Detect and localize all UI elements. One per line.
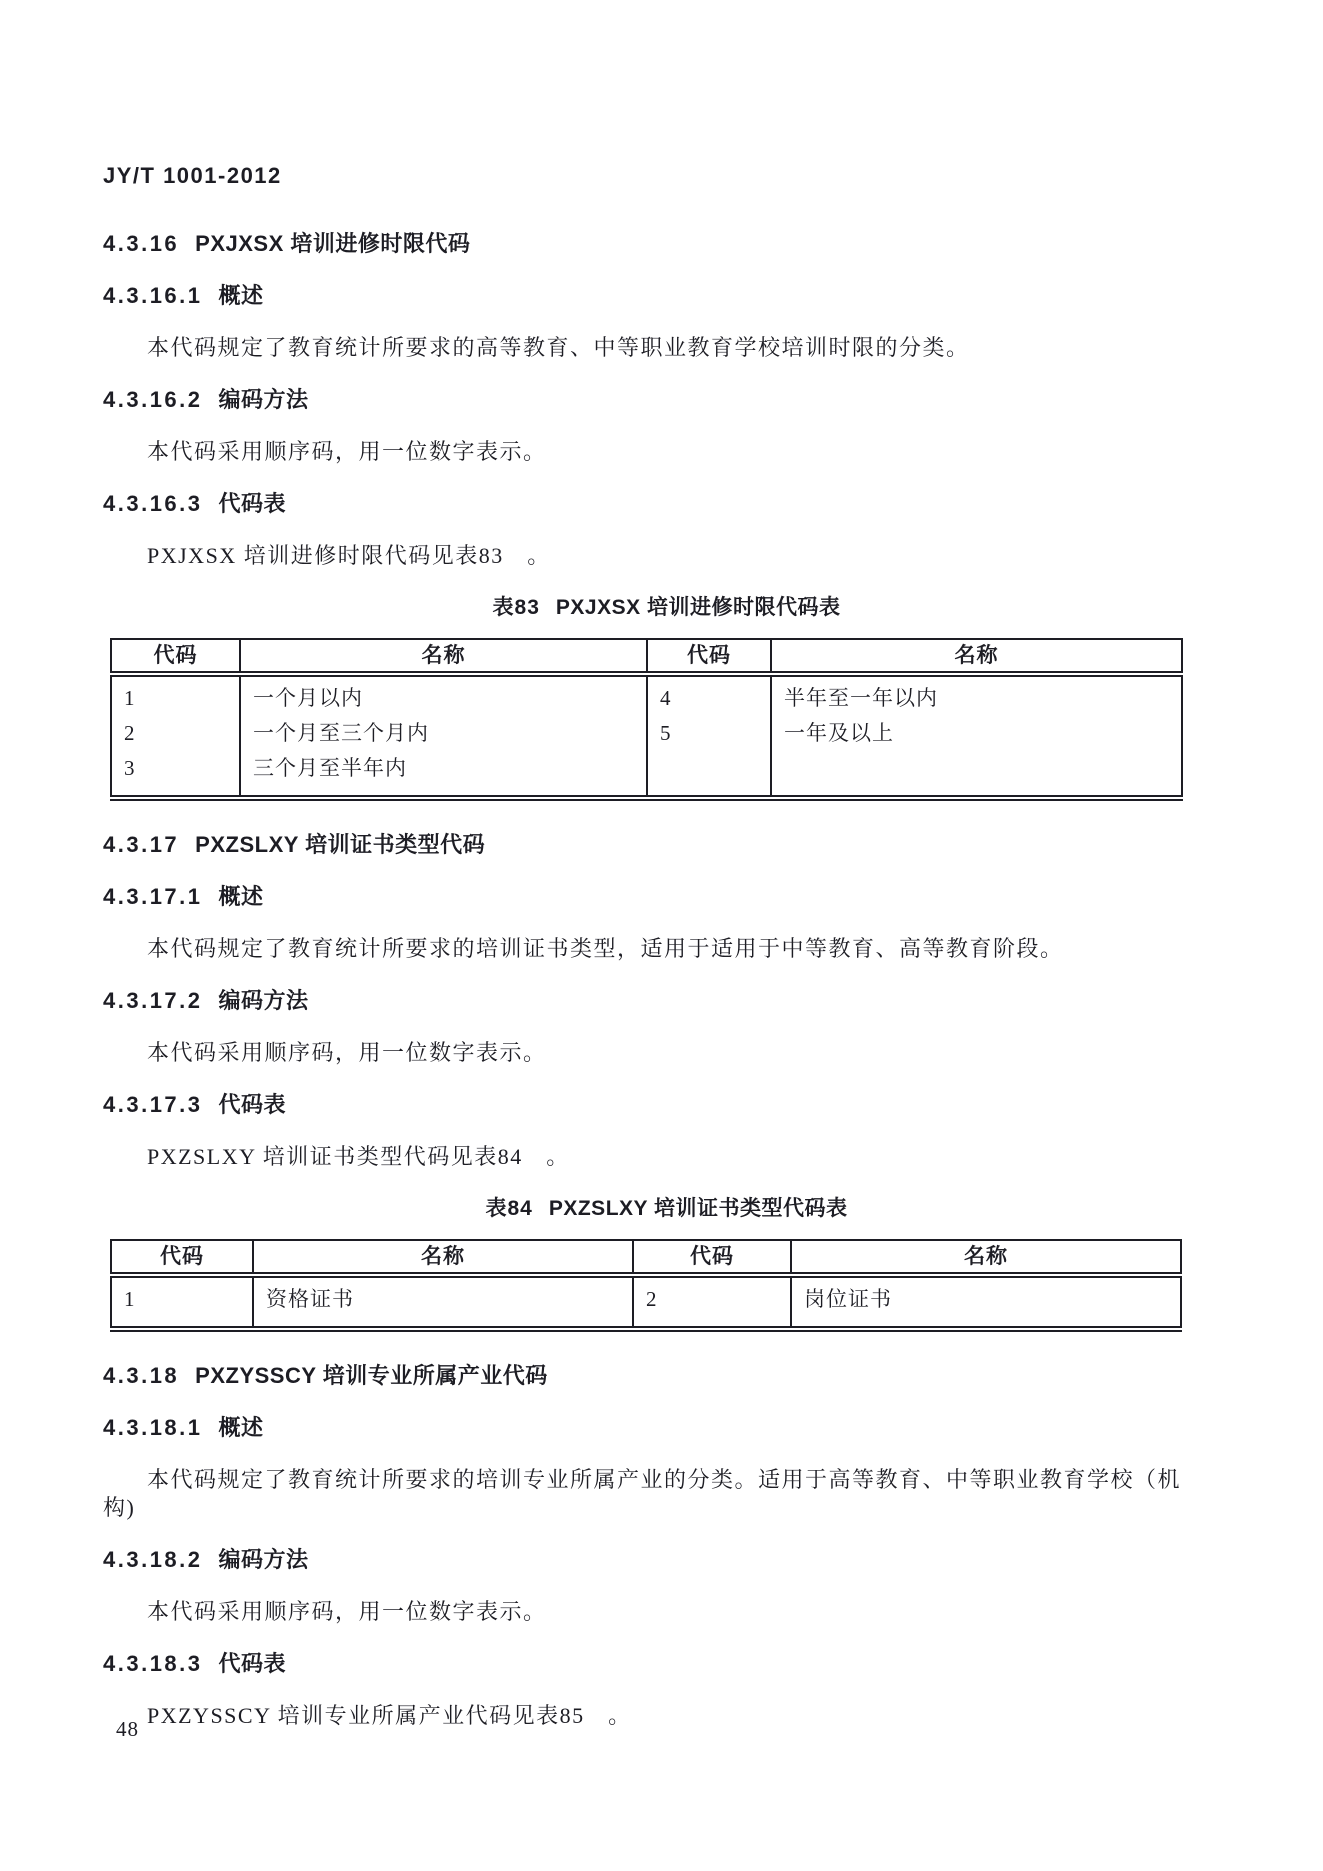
- paragraph-line: 本代码规定了教育统计所要求的培训专业所属产业的分类。适用于高等教育、中等职业教育…: [103, 1466, 1230, 1494]
- standard-code-header: JY/T 1001-2012: [103, 162, 1230, 190]
- heading-number: 4.3.16.1: [103, 283, 203, 308]
- paragraph-overview-16: 本代码规定了教育统计所要求的高等教育、中等职业教育学校培训时限的分类。: [103, 334, 1230, 362]
- heading-4-3-18-1: 4.3.18.1概述: [103, 1414, 1230, 1442]
- code-table-84: 代码 名称 代码 名称 1 资格证书 2 岗位证书: [110, 1239, 1182, 1332]
- name-cell: [771, 751, 1182, 798]
- heading-number: 4.3.17.3: [103, 1092, 203, 1117]
- table-row: 1 一个月以内 4 半年至一年以内: [111, 674, 1182, 716]
- heading-title: 代码表: [219, 1651, 287, 1676]
- heading-number: 4.3.16.2: [103, 387, 203, 412]
- table-caption-84: 表84PXZSLXY 培训证书类型代码表: [103, 1195, 1230, 1223]
- column-header-name: 名称: [253, 1240, 633, 1275]
- heading-number: 4.3.16: [103, 231, 179, 256]
- column-header-code: 代码: [633, 1240, 791, 1275]
- column-header-code: 代码: [647, 639, 771, 674]
- column-header-name: 名称: [771, 639, 1182, 674]
- column-header-code: 代码: [111, 1240, 253, 1275]
- code-cell: 3: [111, 751, 240, 798]
- document-page: JY/T 1001-2012 4.3.16PXJXSX 培训进修时限代码 4.3…: [0, 0, 1323, 1871]
- heading-4-3-18-3: 4.3.18.3代码表: [103, 1650, 1230, 1678]
- heading-number: 4.3.16.3: [103, 491, 203, 516]
- heading-4-3-17-3: 4.3.17.3代码表: [103, 1091, 1230, 1119]
- name-cell: 半年至一年以内: [771, 674, 1182, 716]
- paragraph-overview-18: 本代码规定了教育统计所要求的培训专业所属产业的分类。适用于高等教育、中等职业教育…: [103, 1466, 1230, 1522]
- heading-title: 编码方法: [219, 988, 309, 1013]
- paragraph-coding-method-18: 本代码采用顺序码，用一位数字表示。: [103, 1598, 1230, 1626]
- table-header-row: 代码 名称 代码 名称: [111, 639, 1182, 674]
- heading-4-3-18: 4.3.18PXZYSSCY 培训专业所属产业代码: [103, 1362, 1230, 1390]
- table-caption-83: 表83PXJXSX 培训进修时限代码表: [103, 594, 1230, 622]
- heading-number: 4.3.18.2: [103, 1547, 203, 1572]
- heading-title: 概述: [219, 283, 264, 308]
- heading-4-3-17: 4.3.17PXZSLXY 培训证书类型代码: [103, 831, 1230, 859]
- heading-title: 代码表: [219, 1092, 287, 1117]
- heading-title: PXZSLXY 培训证书类型代码: [195, 832, 485, 857]
- heading-4-3-18-2: 4.3.18.2编码方法: [103, 1546, 1230, 1574]
- table-row: 2 一个月至三个月内 5 一年及以上: [111, 716, 1182, 751]
- heading-4-3-16-1: 4.3.16.1概述: [103, 282, 1230, 310]
- heading-4-3-17-2: 4.3.17.2编码方法: [103, 987, 1230, 1015]
- paragraph-coding-method-17: 本代码采用顺序码，用一位数字表示。: [103, 1039, 1230, 1067]
- heading-title: 编码方法: [219, 1547, 309, 1572]
- heading-title: 概述: [219, 1415, 264, 1440]
- heading-number: 4.3.17.1: [103, 884, 203, 909]
- heading-number: 4.3.18.3: [103, 1651, 203, 1676]
- paragraph-table-ref-83: PXJXSX 培训进修时限代码见表83 。: [103, 542, 1230, 570]
- heading-title: 编码方法: [219, 387, 309, 412]
- page-content: JY/T 1001-2012 4.3.16PXJXSX 培训进修时限代码 4.3…: [0, 0, 1323, 1730]
- heading-title: PXJXSX 培训进修时限代码: [195, 231, 470, 256]
- code-cell: 5: [647, 716, 771, 751]
- name-cell: 资格证书: [253, 1275, 633, 1329]
- code-table-83: 代码 名称 代码 名称 1 一个月以内 4 半年至一年以内 2 一个月至三个月内…: [110, 638, 1183, 801]
- code-cell: [647, 751, 771, 798]
- table-row: 3 三个月至半年内: [111, 751, 1182, 798]
- name-cell: 一个月至三个月内: [240, 716, 647, 751]
- table-caption-title: PXZSLXY 培训证书类型代码表: [549, 1197, 848, 1220]
- column-header-name: 名称: [791, 1240, 1181, 1275]
- page-number: 48: [116, 1716, 139, 1742]
- paragraph-overview-17: 本代码规定了教育统计所要求的培训证书类型，适用于适用于中等教育、高等教育阶段。: [103, 935, 1230, 963]
- code-cell: 1: [111, 674, 240, 716]
- code-cell: 2: [111, 716, 240, 751]
- name-cell: 一个月以内: [240, 674, 647, 716]
- heading-number: 4.3.17: [103, 832, 179, 857]
- code-cell: 4: [647, 674, 771, 716]
- heading-number: 4.3.18.1: [103, 1415, 203, 1440]
- heading-number: 4.3.17.2: [103, 988, 203, 1013]
- heading-number: 4.3.18: [103, 1363, 179, 1388]
- code-cell: 2: [633, 1275, 791, 1329]
- paragraph-table-ref-84: PXZSLXY 培训证书类型代码见表84 。: [103, 1143, 1230, 1171]
- heading-4-3-16-2: 4.3.16.2编码方法: [103, 386, 1230, 414]
- code-cell: 1: [111, 1275, 253, 1329]
- heading-4-3-17-1: 4.3.17.1概述: [103, 883, 1230, 911]
- paragraph-table-ref-85: PXZYSSCY 培训专业所属产业代码见表85 。: [103, 1702, 1230, 1730]
- name-cell: 一年及以上: [771, 716, 1182, 751]
- table-row: 1 资格证书 2 岗位证书: [111, 1275, 1181, 1329]
- name-cell: 三个月至半年内: [240, 751, 647, 798]
- heading-title: 概述: [219, 884, 264, 909]
- paragraph-line: 构): [103, 1494, 1230, 1522]
- heading-title: PXZYSSCY 培训专业所属产业代码: [195, 1363, 548, 1388]
- name-cell: 岗位证书: [791, 1275, 1181, 1329]
- column-header-code: 代码: [111, 639, 240, 674]
- column-header-name: 名称: [240, 639, 647, 674]
- table-header-row: 代码 名称 代码 名称: [111, 1240, 1181, 1275]
- table-caption-title: PXJXSX 培训进修时限代码表: [556, 596, 841, 619]
- table-caption-number: 表83: [493, 596, 540, 619]
- heading-4-3-16: 4.3.16PXJXSX 培训进修时限代码: [103, 230, 1230, 258]
- heading-title: 代码表: [219, 491, 287, 516]
- table-caption-number: 表84: [485, 1197, 532, 1220]
- paragraph-coding-method-16: 本代码采用顺序码，用一位数字表示。: [103, 438, 1230, 466]
- heading-4-3-16-3: 4.3.16.3代码表: [103, 490, 1230, 518]
